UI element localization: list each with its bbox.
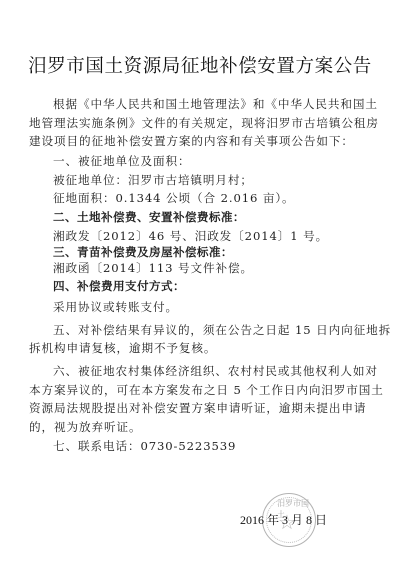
section-5-line-1: 五、对补偿结果有异议的，须在公告之日起 15 日内向征地拆	[53, 323, 391, 337]
section-7-contact-phone: 七、联系电话：0730-5223539	[53, 439, 236, 453]
document-title: 汨罗市国土资源局征地补偿安置方案公告	[0, 52, 400, 78]
issue-date: 2016 年 3 月 8 日	[240, 511, 327, 528]
notice-document: 汨罗市国土资源局征地补偿安置方案公告 根据《中华人民共和国土地管理法》和《中华人…	[0, 0, 400, 571]
section-1-area: 征地面积：0.1344 公顷（合 2.016 亩）。	[53, 191, 295, 205]
section-2-heading: 二、土地补偿费、安置补偿费标准：	[53, 210, 245, 224]
paragraph-intro-line-2: 地管理法实施条例》文件的有关规定，现将汨罗市古培镇公租房	[29, 116, 379, 130]
paragraph-intro-line-1: 根据《中华人民共和国土地管理法》和《中华人民共和国土	[53, 97, 378, 111]
section-3-content: 湘政函〔2014〕113 号文件补偿。	[53, 261, 253, 275]
section-1-heading: 一、被征地单位及面积：	[53, 154, 190, 168]
section-5-line-2: 拆机构申请复核，逾期不予复核。	[29, 341, 216, 355]
section-1-unit: 被征地单位：汨罗市古培镇明月村；	[53, 173, 253, 187]
section-6-line-1: 六、被征地农村集体经济组织、农村村民或其他权利人如对	[53, 364, 378, 378]
paragraph-intro-line-3: 建设项目的征地补偿安置方案的内容和有关事项公告如下：	[29, 134, 354, 148]
section-4-content: 采用协议或转账支付。	[53, 300, 178, 314]
section-2-content: 湘政发〔2012〕46 号、汨政发〔2014〕1 号。	[53, 229, 328, 243]
section-3-heading: 三、青苗补偿费及房屋补偿标准：	[53, 245, 233, 259]
section-4-heading: 四、补偿费用支付方式：	[53, 279, 185, 293]
section-6-line-3: 资源局法规股提出对补偿安置方案申请听证，逾期未提出申请	[29, 401, 366, 415]
section-6-line-2: 本方案异议的，可在本方案发布之日 5 个工作日内向汨罗市国土	[29, 383, 384, 397]
section-6-line-4: 的，视为放弃听证。	[29, 420, 141, 434]
